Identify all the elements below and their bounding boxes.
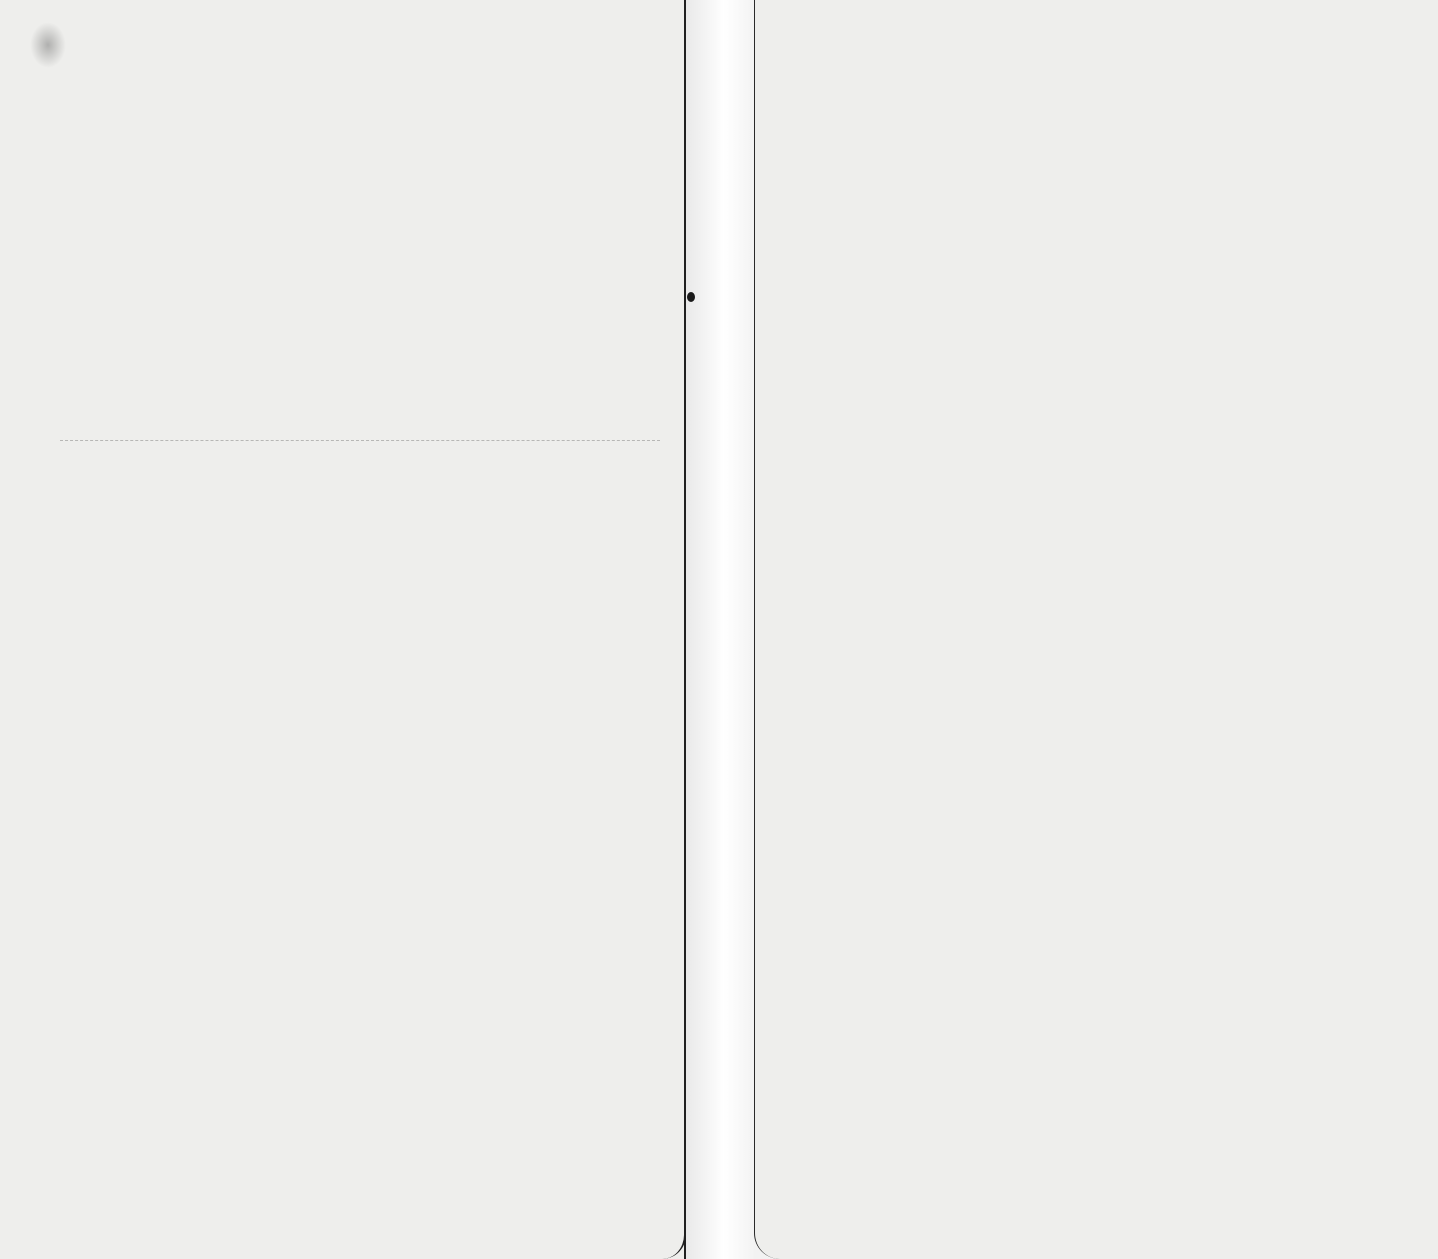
- right-page: [754, 0, 1438, 1259]
- left-page: [0, 0, 686, 1259]
- binding-gutter: [686, 0, 754, 1259]
- page-divider: [60, 440, 660, 441]
- page-edge: [654, 1219, 686, 1259]
- ink-smudge: [30, 22, 66, 68]
- binding-mark: [687, 292, 695, 302]
